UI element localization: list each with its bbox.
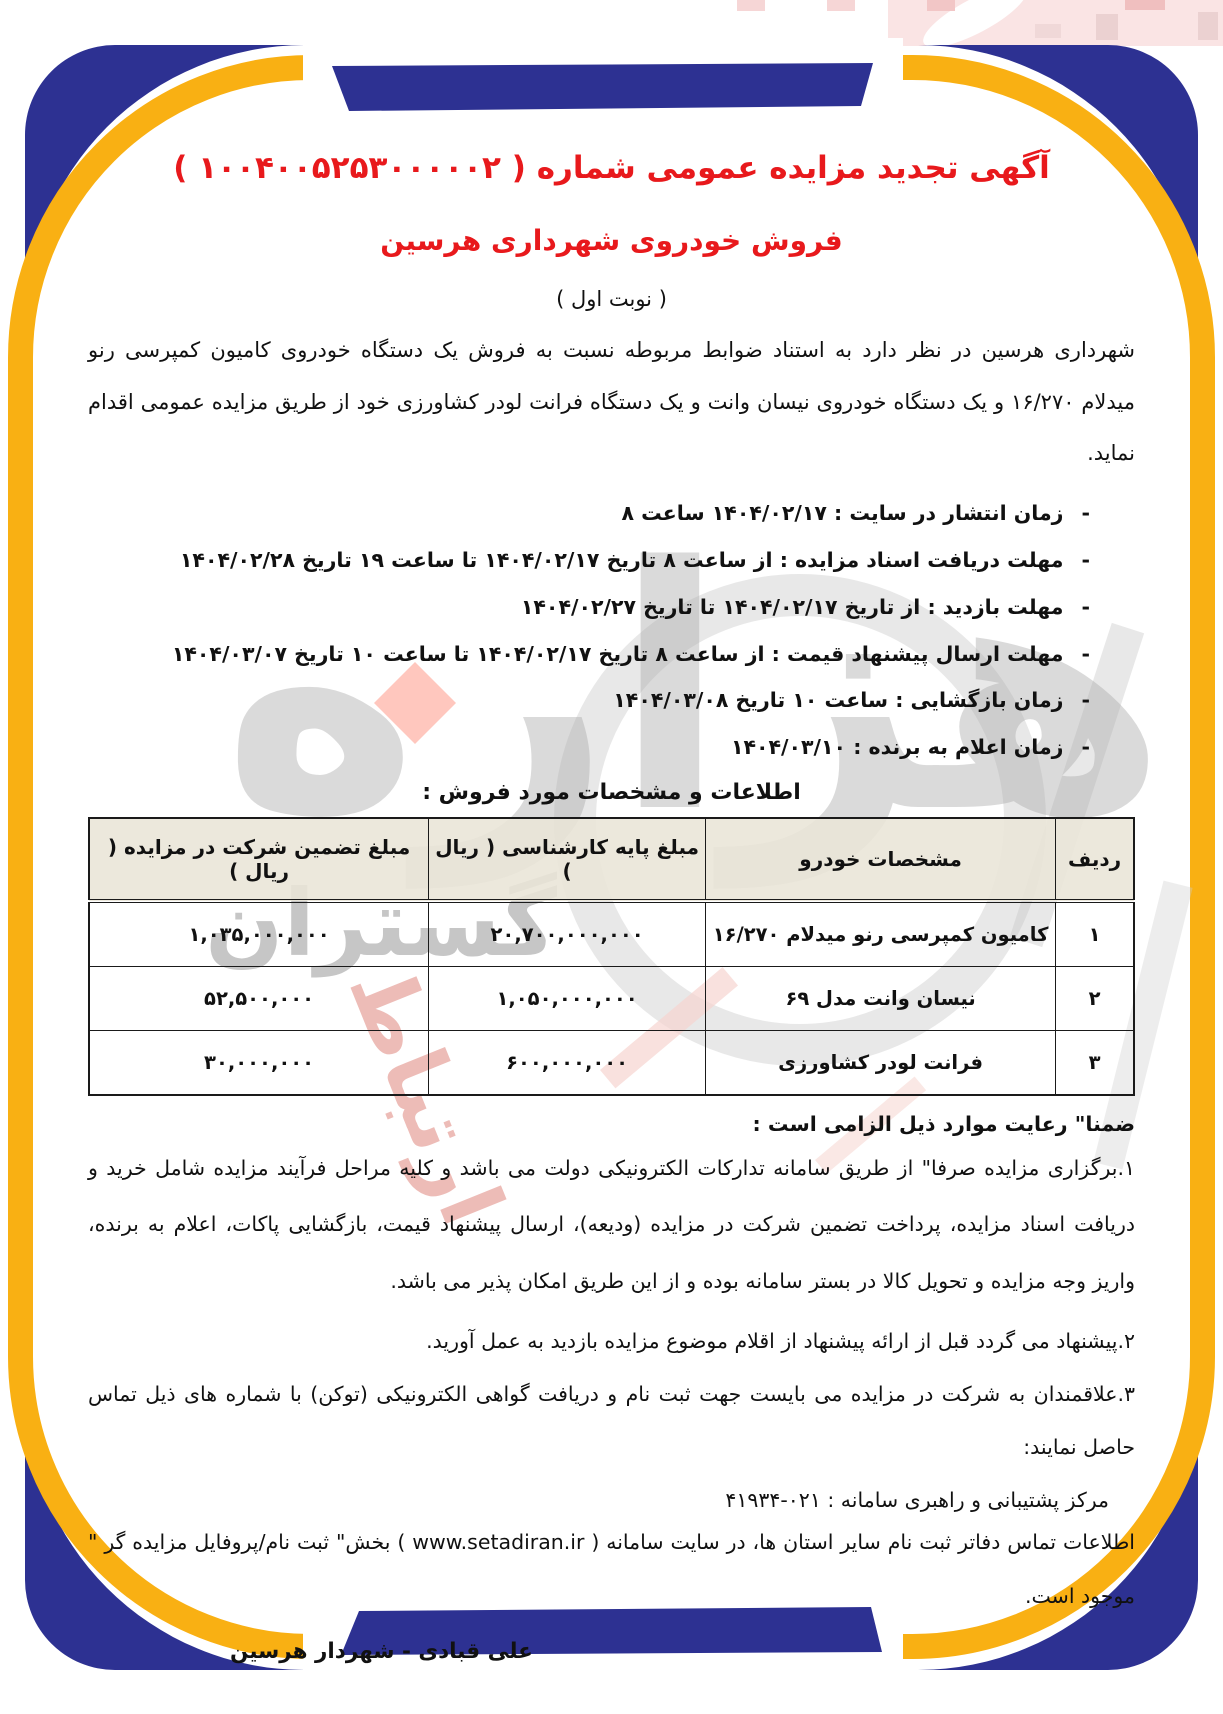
auction-title: آگهی تجدید مزایده عمومی شماره ( ۱۰۰۴۰۰۵۲… <box>88 146 1135 191</box>
cell-deposit: ۱,۰۳۵,۰۰۰,۰۰۰ <box>89 901 429 967</box>
cell-row-number: ۲ <box>1056 966 1134 1030</box>
cell-base-price: ۱,۰۵۰,۰۰۰,۰۰۰ <box>429 966 706 1030</box>
schedule-item: - زمان انتشار در سایت : ۱۴۰۴/۰۲/۱۷ ساعت … <box>88 499 1090 529</box>
notes-heading: ضمنا" رعایت موارد ذیل الزامی است : <box>88 1112 1135 1136</box>
column-header-row-number: ردیف <box>1056 818 1134 901</box>
signature-line: علی قبادی - شهردار هرسین <box>88 1639 1135 1664</box>
schedule-item-text: مهلت ارسال پیشنهاد قیمت : از ساعت ۸ تاری… <box>172 640 1064 670</box>
registry-info-line: اطلاعات تماس دفاتر ثبت نام سایر استان ها… <box>88 1516 1135 1623</box>
schedule-list: - زمان انتشار در سایت : ۱۴۰۴/۰۲/۱۷ ساعت … <box>88 499 1090 762</box>
note-item-3: ۳.علاقمندان به شرکت در مزایده می بایست ج… <box>88 1368 1135 1475</box>
round-label: ( نوبت اول ) <box>88 287 1135 311</box>
schedule-item-text: زمان انتشار در سایت : ۱۴۰۴/۰۲/۱۷ ساعت ۸ <box>621 499 1063 529</box>
schedule-item-text: مهلت دریافت اسناد مزایده : از ساعت ۸ تار… <box>180 546 1064 576</box>
cell-base-price: ۶۰۰,۰۰۰,۰۰۰ <box>429 1030 706 1095</box>
dash-marker: - <box>1081 593 1090 623</box>
dash-marker: - <box>1081 733 1090 763</box>
schedule-item-text: زمان بازگشایی : ساعت ۱۰ تاریخ ۱۴۰۴/۰۳/۰۸ <box>613 686 1063 716</box>
cell-vehicle-specs: کامیون کمپرسی رنو میدلام ۱۶/۲۷۰ <box>706 901 1056 967</box>
column-header-vehicle-specs: مشخصات خودرو <box>706 818 1056 901</box>
sale-items-table: ردیف مشخصات خودرو مبلغ پایه کارشناسی ( ر… <box>88 817 1135 1096</box>
schedule-item-text: زمان اعلام به برنده : ۱۴۰۴/۰۳/۱۰ <box>731 733 1064 763</box>
table-header-row: ردیف مشخصات خودرو مبلغ پایه کارشناسی ( ر… <box>89 818 1134 901</box>
dash-marker: - <box>1081 686 1090 716</box>
cell-vehicle-specs: فرانت لودر کشاورزی <box>706 1030 1056 1095</box>
auction-subtitle: فروش خودروی شهرداری هرسین <box>88 221 1135 260</box>
column-header-base-price: مبلغ پایه کارشناسی ( ریال ) <box>429 818 706 901</box>
support-phone-line: مرکز پشتیبانی و راهبری سامانه : ۰۲۱-۴۱۹۳… <box>88 1488 1135 1512</box>
cell-base-price: ۲۰,۷۰۰,۰۰۰,۰۰۰ <box>429 901 706 967</box>
schedule-item: - زمان اعلام به برنده : ۱۴۰۴/۰۳/۱۰ <box>88 733 1090 763</box>
schedule-item: - مهلت ارسال پیشنهاد قیمت : از ساعت ۸ تا… <box>88 640 1090 670</box>
schedule-item-text: مهلت بازدید : از تاریخ ۱۴۰۴/۰۲/۱۷ تا تار… <box>521 593 1064 623</box>
note-item-1: ۱.برگزاری مزایده صرفا" از طریق سامانه تد… <box>88 1140 1135 1309</box>
document-content: آگهی تجدید مزایده عمومی شماره ( ۱۰۰۴۰۰۵۲… <box>88 128 1135 1664</box>
cell-row-number: ۱ <box>1056 901 1134 967</box>
table-row: ۲ نیسان وانت مدل ۶۹ ۱,۰۵۰,۰۰۰,۰۰۰ ۵۲,۵۰۰… <box>89 966 1134 1030</box>
dash-marker: - <box>1081 499 1090 529</box>
note-item-2: ۲.پیشنهاد می گردد قبل از ارائه پیشنهاد ا… <box>88 1325 1135 1358</box>
intro-paragraph: شهرداری هرسین در نظر دارد به استناد ضواب… <box>88 325 1135 479</box>
schedule-item: - مهلت بازدید : از تاریخ ۱۴۰۴/۰۲/۱۷ تا ت… <box>88 593 1090 623</box>
schedule-item: - زمان بازگشایی : ساعت ۱۰ تاریخ ۱۴۰۴/۰۳/… <box>88 686 1090 716</box>
column-header-deposit: مبلغ تضمین شرکت در مزایده ( ریال ) <box>89 818 429 901</box>
dash-marker: - <box>1081 546 1090 576</box>
cell-row-number: ۳ <box>1056 1030 1134 1095</box>
announcement-page: هزاره گستران ارتباط آگهی تجدید مزایده عم… <box>0 0 1223 1714</box>
cell-deposit: ۵۲,۵۰۰,۰۰۰ <box>89 966 429 1030</box>
table-row: ۱ کامیون کمپرسی رنو میدلام ۱۶/۲۷۰ ۲۰,۷۰۰… <box>89 901 1134 967</box>
dash-marker: - <box>1081 640 1090 670</box>
cell-deposit: ۳۰,۰۰۰,۰۰۰ <box>89 1030 429 1095</box>
cell-vehicle-specs: نیسان وانت مدل ۶۹ <box>706 966 1056 1030</box>
table-row: ۳ فرانت لودر کشاورزی ۶۰۰,۰۰۰,۰۰۰ ۳۰,۰۰۰,… <box>89 1030 1134 1095</box>
top-banner-bar <box>332 63 873 111</box>
schedule-item: - مهلت دریافت اسناد مزایده : از ساعت ۸ ت… <box>88 546 1090 576</box>
sale-info-heading: اطلاعات و مشخصات مورد فروش : <box>88 780 1135 805</box>
